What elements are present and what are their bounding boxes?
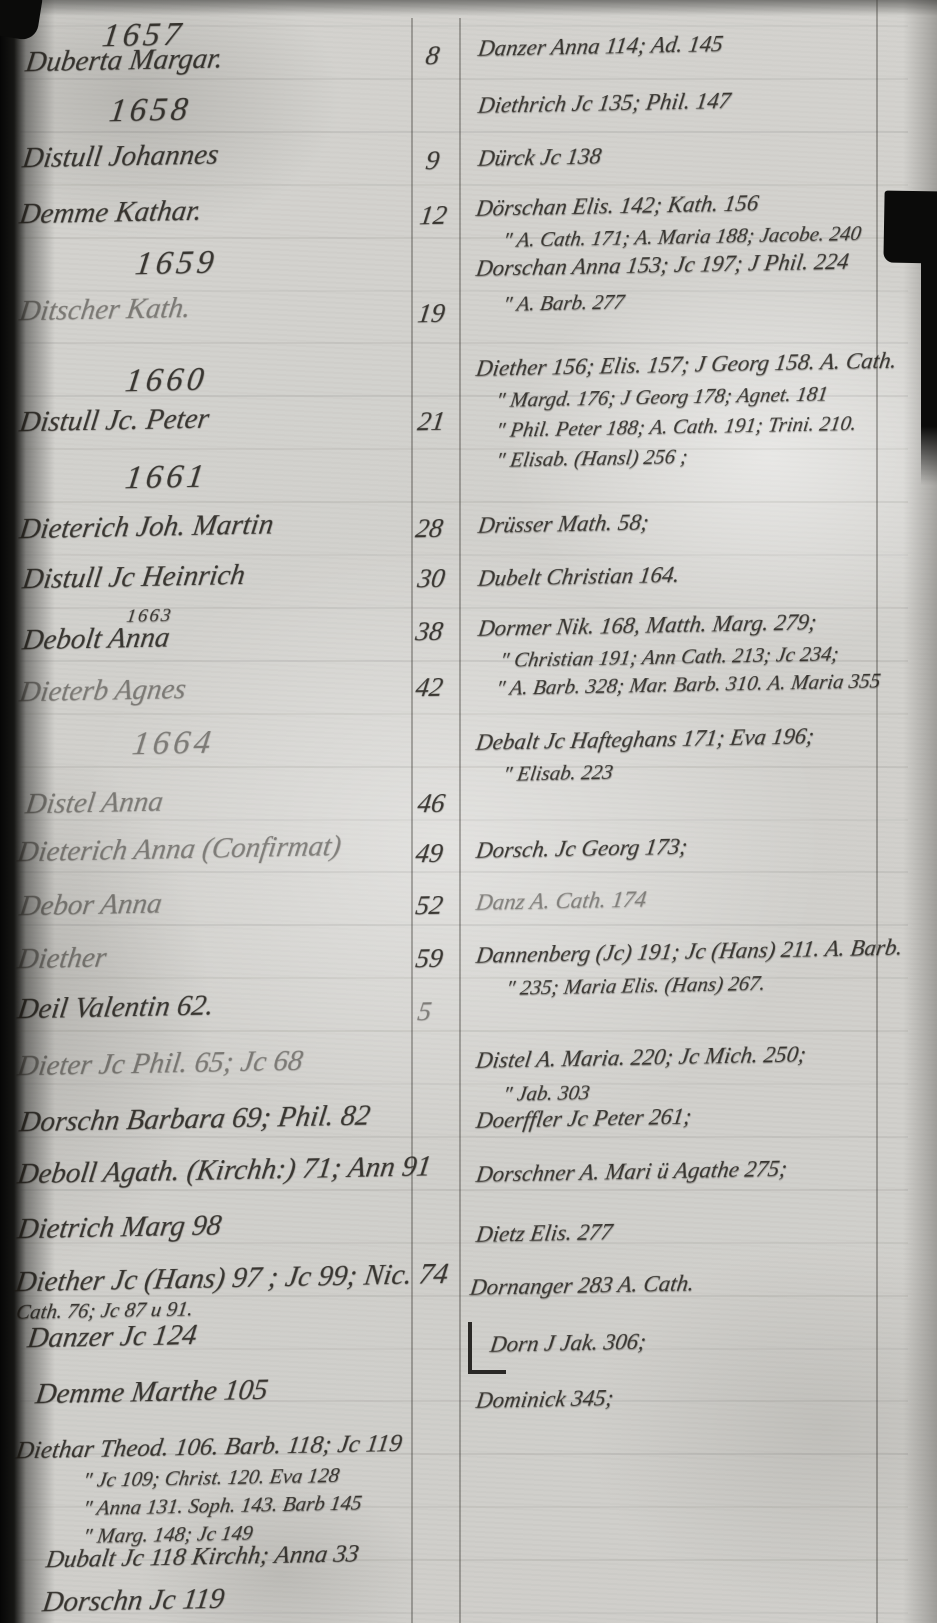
ruled-line [20, 766, 908, 768]
name-entry: Ditscher Kath. [17, 292, 192, 328]
page-number: 38 [414, 615, 445, 647]
ruled-line [20, 1083, 908, 1085]
name-entry: Distel Anna [23, 785, 165, 821]
page-number: 5 [416, 996, 434, 1027]
name-entry: Deboll Agath. (Kirchh:) 71; Ann 91 [15, 1150, 433, 1191]
page-number: 30 [416, 562, 447, 594]
name-entry: Distull Jc Heinrich [20, 559, 247, 596]
index-entry: ″ Margd. 176; J Georg 178; Agnet. 181 [495, 382, 830, 413]
year-heading: 1661 [123, 458, 210, 497]
page-number: 21 [416, 405, 447, 437]
index-entry: Danz A. Cath. 174 [474, 887, 648, 916]
name-entry: Deil Valentin 62. [15, 989, 215, 1026]
name-entry: Demme Marthe 105 [33, 1374, 270, 1412]
name-entry: Dietrich Marg 98 [15, 1209, 223, 1246]
page-number: 46 [416, 787, 447, 819]
index-entry: Dubelt Christian 164. [476, 562, 681, 592]
page-number: 59 [414, 942, 445, 974]
name-entry: Debor Anna [17, 887, 164, 923]
scanned-register-page: 1657Duberta Margar.1658Distull JohannesD… [0, 0, 937, 1623]
index-entry: Dannenberg (Jc) 191; Jc (Hans) 211. A. B… [474, 935, 904, 969]
index-entry: Doerffler Jc Peter 261; [474, 1104, 693, 1134]
name-entry: Diether [15, 941, 108, 976]
page-number: 19 [416, 297, 447, 329]
name-entry: Dieterich Joh. Martin [17, 508, 275, 546]
page-number: 52 [414, 889, 445, 921]
index-entry: Drüsser Math. 58; [476, 510, 650, 539]
year-heading: 1659 [133, 244, 220, 283]
name-entry: ″ Anna 131. Soph. 143. Barb 145 [82, 1491, 364, 1521]
name-entry: Debolt Anna [20, 621, 171, 657]
index-entry: Diethrich Jc 135; Phil. 147 [476, 88, 732, 119]
name-entry: Demme Kathar. [17, 195, 204, 232]
index-entry: ″ A. Barb. 277 [502, 290, 626, 317]
ruled-line [20, 342, 908, 344]
index-entry: Dorn J Jak. 306; [488, 1329, 647, 1358]
index-entry: Distel A. Maria. 220; Jc Mich. 250; [474, 1042, 807, 1074]
ruled-line [20, 1030, 908, 1032]
page-number: 49 [414, 837, 445, 869]
ruled-line [20, 131, 908, 133]
index-entry: Dormer Nik. 168, Matth. Marg. 279; [476, 610, 818, 643]
edge-ink-strip [921, 250, 937, 485]
ruled-line [20, 1189, 908, 1191]
page-number: 9 [424, 145, 442, 176]
index-entry: Dorschner A. Mari ü Agathe 275; [474, 1156, 788, 1188]
page-number: 42 [414, 671, 445, 703]
index-entry: Danzer Anna 114; Ad. 145 [476, 31, 724, 62]
corner-ink-blot [0, 0, 44, 41]
page-number: 28 [414, 512, 445, 544]
name-entry: Diether Jc (Hans) 97 ; Jc 99; Nic. 74 [13, 1258, 450, 1299]
index-entry: Dominick 345; [474, 1385, 615, 1414]
index-entry: ″ Elisab. (Hansl) 256 ; [495, 444, 690, 473]
name-entry: Dieterich Anna (Confirmat) [15, 830, 343, 869]
index-entry: Dietz Elis. 277 [474, 1219, 614, 1248]
name-entry: Distull Johannes [20, 138, 220, 175]
index-entry: ″ Jab. 303 [502, 1080, 592, 1107]
index-entry: ″ 235; Maria Elis. (Hans) 267. [505, 971, 767, 1001]
column-rule-right-margin [876, 0, 878, 1623]
index-entry: Dorschan Anna 153; Jc 197; J Phil. 224 [474, 249, 850, 282]
ruled-line [20, 448, 908, 450]
ruled-line [20, 501, 908, 503]
column-rule-names [411, 18, 413, 1623]
year-heading: 1658 [107, 91, 194, 130]
index-entry: Dürck Jc 138 [476, 144, 603, 172]
page-number: 8 [424, 40, 442, 71]
ruled-line [20, 184, 908, 186]
name-entry: ″ Jc 109; Christ. 120. Eva 128 [82, 1463, 341, 1493]
index-entry: ″ Christian 191; Ann Cath. 213; Jc 234; [499, 642, 841, 674]
index-entry: Debalt Jc Hafteghans 171; Eva 196; [474, 724, 815, 757]
name-entry: Duberta Margar. [23, 42, 225, 79]
index-entry: ″ Phil. Peter 188; A. Cath. 191; Trini. … [495, 411, 859, 443]
ruled-line [20, 924, 908, 926]
name-entry: Diethar Theod. 106. Barb. 118; Jc 119 [14, 1430, 404, 1465]
name-entry: Dorschn Barbara 69; Phil. 82 [17, 1099, 372, 1139]
column-rule-numbers [459, 18, 461, 1623]
index-entry: Dornanger 283 A. Cath. [468, 1271, 695, 1301]
index-entry: ″ A. Cath. 171; A. Maria 188; Jacobe. 24… [502, 221, 863, 253]
ruled-line [20, 819, 908, 821]
page-number: 12 [418, 199, 449, 231]
ruled-line [20, 871, 908, 873]
index-entry: ″ Elisab. 223 [502, 760, 615, 787]
index-entry: Dorsch. Jc Georg 173; [474, 834, 689, 864]
ruled-line [20, 78, 908, 80]
ruled-line [20, 290, 908, 292]
name-entry: Dorschn Jc 119 [40, 1583, 226, 1620]
name-entry: Dubalt Jc 118 Kirchh; Anna 33 [44, 1540, 361, 1574]
name-entry: Distull Jc. Peter [17, 402, 211, 439]
ruled-line [20, 554, 908, 556]
year-heading: 1660 [123, 361, 210, 400]
name-entry: Dieterb Agnes [17, 673, 188, 709]
ruled-line [20, 713, 908, 715]
year-heading: 1664 [130, 724, 217, 763]
index-entry: Dörschan Elis. 142; Kath. 156 [474, 191, 760, 222]
name-entry: Dieter Jc Phil. 65; Jc 68 [15, 1045, 305, 1084]
name-entry: Danzer Jc 124 [25, 1319, 199, 1355]
ruled-line [20, 977, 908, 979]
index-entry: Diether 156; Elis. 157; J Georg 158. A. … [474, 348, 898, 382]
index-entry: ″ A. Barb. 328; Mar. Barb. 310. A. Maria… [495, 669, 883, 701]
